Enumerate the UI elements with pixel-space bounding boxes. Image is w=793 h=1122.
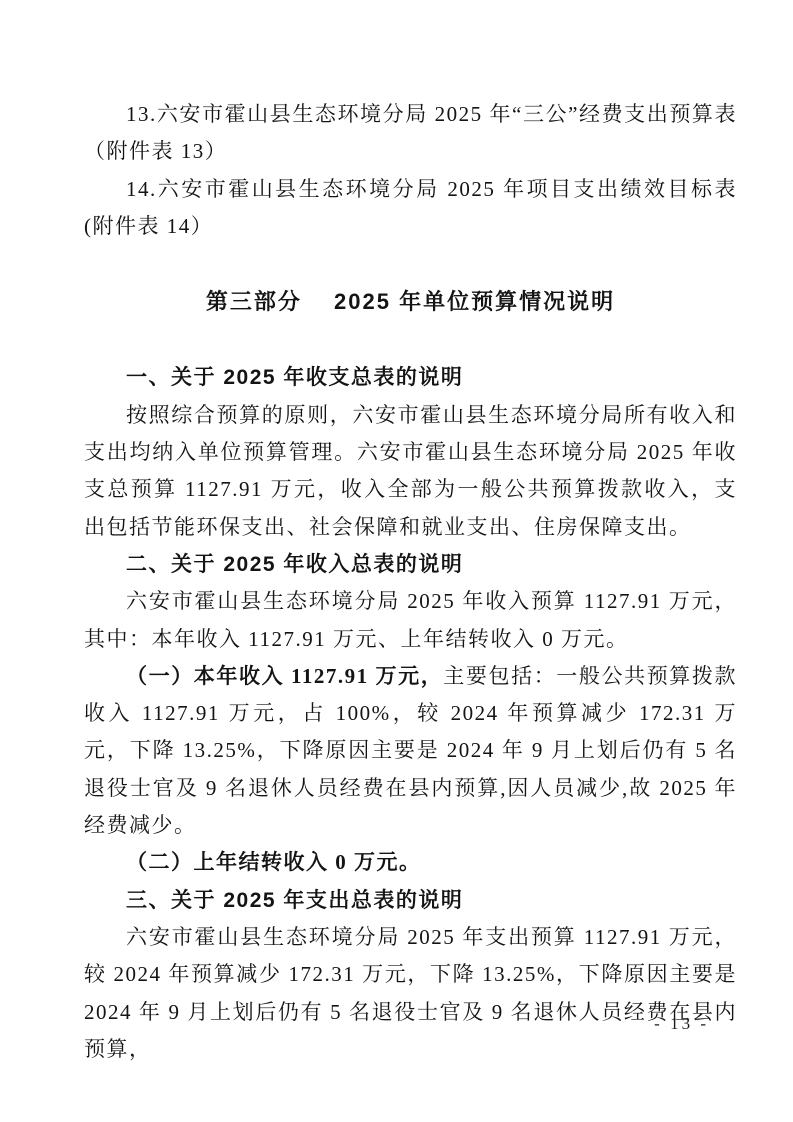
paragraph: 六安市霍山县生态环境分局 2025 年支出预算 1127.91 万元，较 202… [84, 919, 737, 1068]
section-heading: 一、关于 2025 年收支总表的说明 [84, 359, 737, 396]
attachment-list-item: 13.六安市霍山县生态环境分局 2025 年“三公”经费支出预算表（附件表 13… [84, 96, 737, 171]
section-heading: 二、关于 2025 年收入总表的说明 [84, 546, 737, 583]
paragraph: 六安市霍山县生态环境分局 2025 年收入预算 1127.91 万元，其中：本年… [84, 583, 737, 658]
paragraph: 按照综合预算的原则，六安市霍山县生态环境分局所有收入和支出均纳入单位预算管理。六… [84, 397, 737, 546]
paragraph-lead-bold: （一）本年收入 1127.91 万元， [126, 664, 443, 688]
section-heading: 三、关于 2025 年支出总表的说明 [84, 882, 737, 919]
attachment-list-item: 14.六安市霍山县生态环境分局 2025 年项目支出绩效目标表(附件表 14） [84, 171, 737, 246]
section-title: 第三部分 2025 年单位预算情况说明 [84, 283, 737, 320]
paragraph: （一）本年收入 1127.91 万元，主要包括：一般公共预算拨款收入 1127.… [84, 658, 737, 844]
document-content: 13.六安市霍山县生态环境分局 2025 年“三公”经费支出预算表（附件表 13… [84, 96, 737, 1068]
body-paragraphs: 一、关于 2025 年收支总表的说明按照综合预算的原则，六安市霍山县生态环境分局… [84, 359, 737, 1068]
document-page: 13.六安市霍山县生态环境分局 2025 年“三公”经费支出预算表（附件表 13… [0, 0, 793, 1122]
paragraph-bold: （二）上年结转收入 0 万元。 [84, 844, 737, 881]
page-number: - 13 - [654, 1012, 709, 1036]
